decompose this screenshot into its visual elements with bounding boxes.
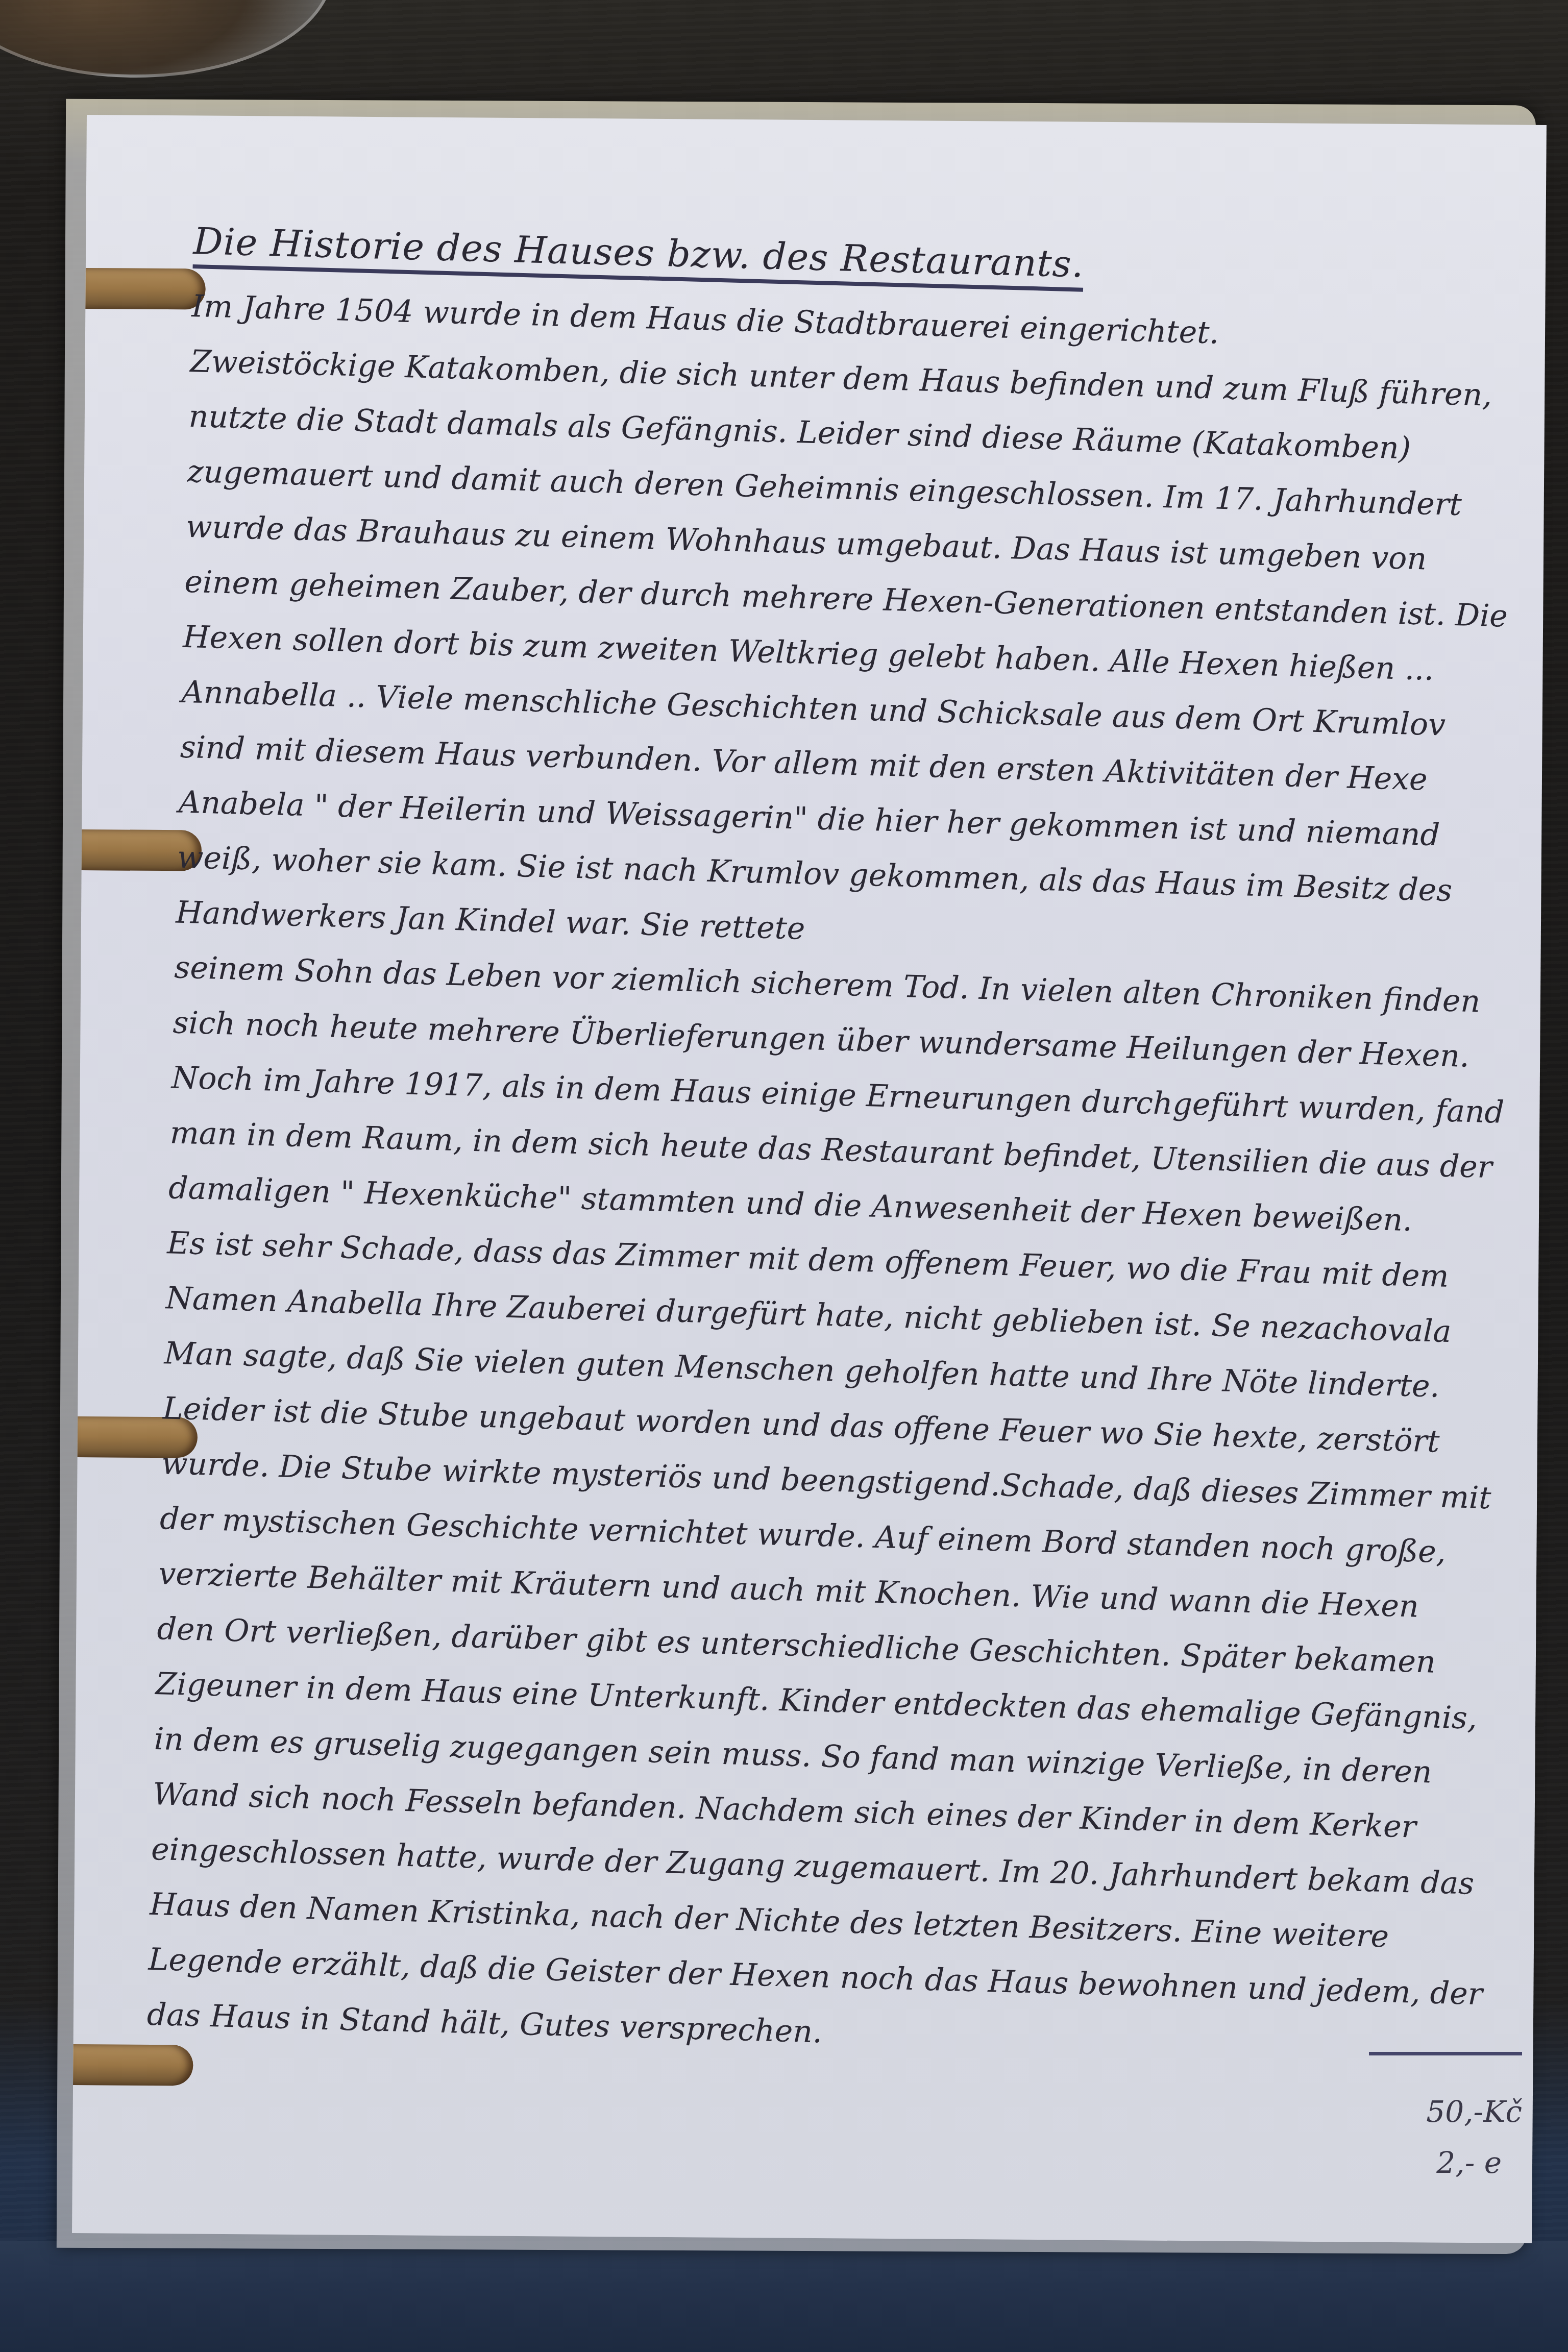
history-text: Im Jahre 1504 wurde in dem Haus die Stad…	[146, 279, 1499, 2076]
price-czk: 50,-Kč	[1369, 2086, 1522, 2137]
binding-cord-icon	[85, 268, 206, 310]
document-content: Die Historie des Hauses bzw. des Restaur…	[146, 219, 1500, 2076]
price-divider	[1369, 2052, 1522, 2055]
background-jeans	[0, 2241, 1568, 2352]
price-eur: 2,- e	[1369, 2137, 1522, 2188]
binding-cord-icon	[73, 2044, 193, 2086]
price-block: 50,-Kč 2,- e	[1369, 2052, 1522, 2188]
